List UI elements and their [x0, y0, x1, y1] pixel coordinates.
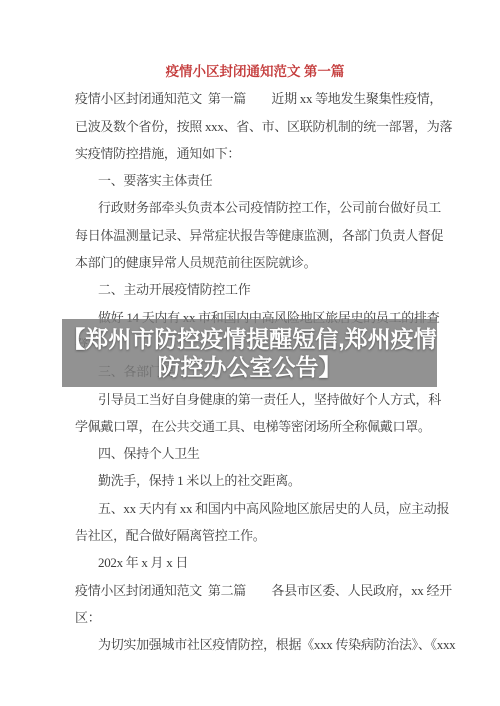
doc-line: 引导员工当好自身健康的第一责任人，坚持做好个人方式，科 — [75, 386, 435, 413]
doc-line: 行政财务部牵头负责本公司疫情防控工作，公司前台做好员工 — [75, 194, 435, 221]
doc-line: 告社区，配合做好隔离管控工作。 — [75, 522, 435, 549]
doc-line: 学佩戴口罩，在公共交通工具、电梯等密闭场所全称佩戴口罩。 — [75, 413, 435, 440]
watermark-overlay: 【郑州市防控疫情提醒短信,郑州疫情 防控办公室公告】 — [62, 319, 437, 387]
doc-line: 区： — [75, 604, 435, 631]
watermark-text-line-2: 防控办公室公告】 — [158, 353, 342, 382]
document-page: 疫情小区封闭通知范文 第一篇 疫情小区封闭通知范文 第一篇 近期 xx 等地发生… — [0, 0, 500, 706]
doc-line: 疫情小区封闭通知范文 第二篇 各县市区委、人民政府，xx 经开 — [75, 577, 435, 604]
doc-line: 四、保持个人卫生 — [75, 440, 435, 467]
doc-line: 已波及数个省份，按照 xxx、省、市、区联防机制的统一部署，为落 — [75, 113, 435, 140]
doc-line: 本部门的健康异常人员规范前往医院就诊。 — [75, 249, 435, 276]
doc-line: 每日体温测量记录、异常症状报告等健康监测，各部门负责人督促 — [75, 222, 435, 249]
doc-line: 二、主动开展疫情防控工作 — [75, 276, 435, 303]
doc-line: 五、xx 天内有 xx 和国内中高风险地区旅居史的人员，应主动报 — [75, 495, 435, 522]
doc-title: 疫情小区封闭通知范文 第一篇 — [75, 58, 435, 85]
watermark-text-line-1: 【郑州市防控疫情提醒短信,郑州疫情 — [62, 325, 436, 354]
doc-line: 实疫情防控措施，通知如下： — [75, 140, 435, 167]
doc-line: 为切实加强城市社区疫情防控，根据《xxx 传染病防治法》、《xxx — [75, 631, 435, 658]
doc-line: 疫情小区封闭通知范文 第一篇 近期 xx 等地发生聚集性疫情， — [75, 85, 435, 112]
doc-date-line: 202x 年 x 月 x 日 — [75, 549, 435, 576]
doc-line: 勤洗手，保持 1 米以上的社交距离。 — [75, 467, 435, 494]
doc-line: 一、要落实主体责任 — [75, 167, 435, 194]
